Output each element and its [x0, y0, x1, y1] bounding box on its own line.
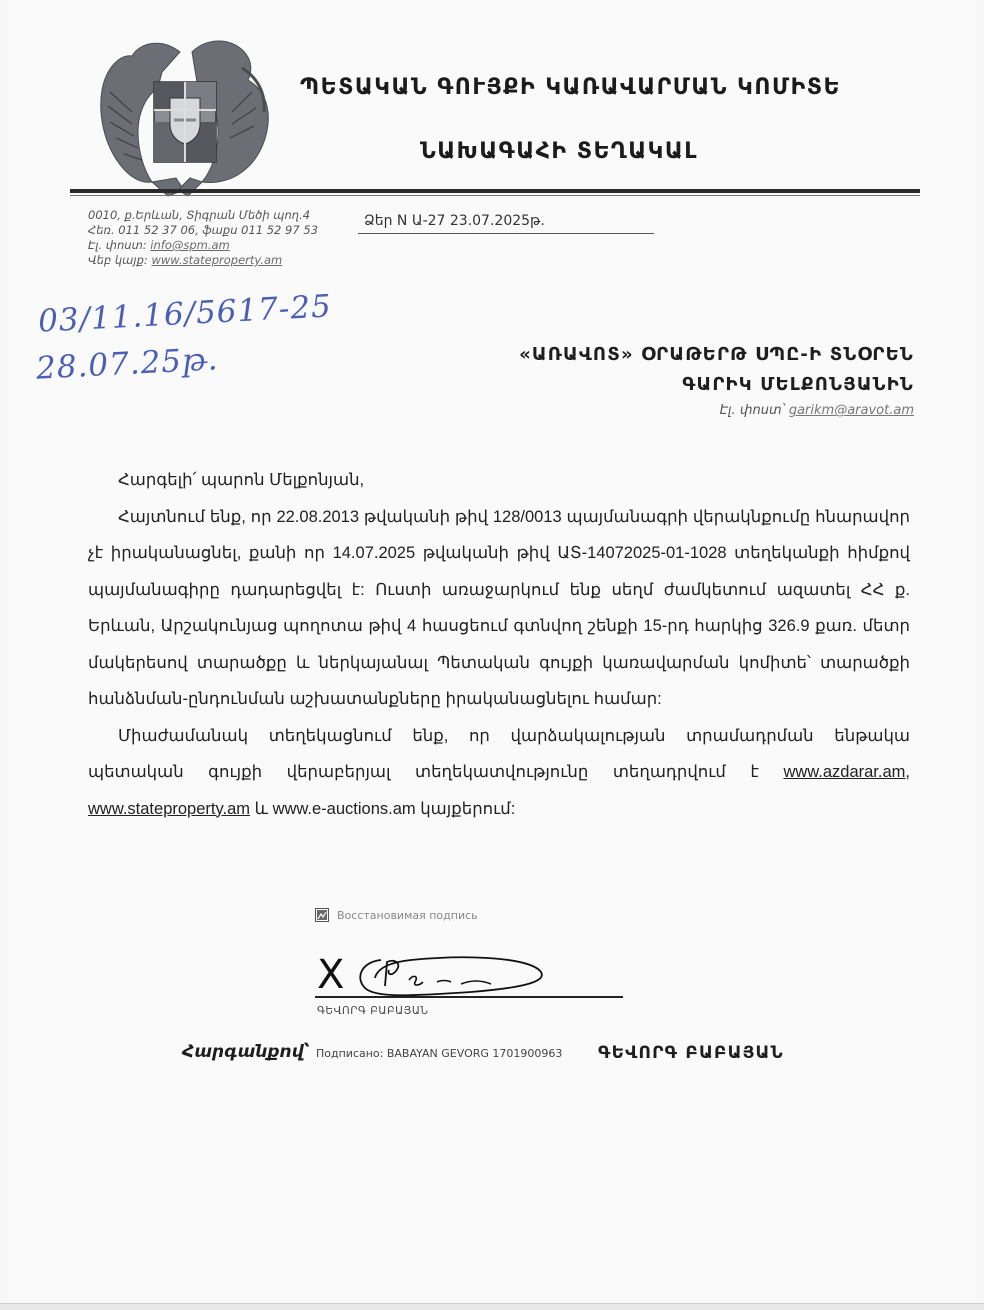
sender-phone-fax: Հեռ. 011 52 37 06, ֆաքս 011 52 97 53 — [88, 223, 318, 238]
organization-title: ՊԵՏԱԿԱՆ ԳՈՒՅՔԻ ԿԱՌԱՎԱՐՄԱՆ ԿՈՄԻՏԵ — [300, 75, 841, 100]
signature-mark: X — [317, 952, 344, 998]
signed-by-stamp: Подписано: BABAYAN GEVORG 1701900963 — [316, 1047, 562, 1060]
greeting: Հարգելի՛ պարոն Մելքոնյան, — [88, 462, 910, 499]
closing-phrase: Հարգանքով՝ — [182, 1042, 310, 1062]
position-title: ՆԱԽԱԳԱՀԻ ՏԵՂԱԿԱԼ — [420, 139, 698, 164]
recipient-name: ԳԱՐԻԿ ՄԵԼՔՈՆՅԱՆԻՆ — [519, 370, 914, 400]
signature-line — [315, 996, 623, 998]
sender-address: 0010, ք.Երևան, Տիգրան Մեծի պող.4 — [88, 208, 318, 223]
signature-caption-row: Восстановимая подпись — [315, 908, 625, 922]
signature-printed-name: ԳԵՎՈՐԳ ԲԱԲԱՅԱՆ — [317, 1005, 429, 1017]
website-label: Վեբ կայք: — [88, 253, 148, 267]
reference-number: Ձեր N Ա-27 23.07.2025թ. — [364, 213, 545, 229]
letterhead-divider — [70, 189, 920, 193]
recipient-email-row: Էլ. փոստ՝ garikm@aravot.am — [519, 400, 914, 422]
paragraph-2-suffix: կայքերում: — [416, 800, 516, 818]
recipient-email-label: Էլ. փոստ՝ — [720, 403, 785, 418]
signature-image-icon — [315, 908, 329, 922]
recipient-email-link[interactable]: garikm@aravot.am — [789, 403, 914, 418]
sender-website-link[interactable]: www.stateproperty.am — [151, 253, 282, 267]
body-paragraph-2: Միաժամանակ տեղեկացնում ենք, որ վարձակալո… — [88, 718, 910, 828]
body-paragraph-1: Հայտնում ենք, որ 22.08.2013 թվականի թիվ … — [88, 499, 910, 718]
signature-caption: Восстановимая подпись — [337, 909, 478, 922]
recipient-organization: «ԱՌԱՎՈՏ» ՕՐԱԹԵՐԹ ՍՊԸ-Ի ՏՆՕՐԵՆ — [519, 340, 914, 370]
recipient-block: «ԱՌԱՎՈՏ» ՕՐԱԹԵՐԹ ՍՊԸ-Ի ՏՆՕՐԵՆ ԳԱՐԻԿ ՄԵԼՔ… — [519, 340, 914, 422]
e-auctions-text: www.e-auctions.am — [273, 800, 416, 818]
azdarar-link[interactable]: www.azdarar.am — [783, 763, 905, 781]
coat-of-arms-emblem-icon — [92, 32, 278, 200]
letterhead-divider-thin — [70, 195, 920, 196]
digital-signature-block: Восстановимая подпись X ԳԵՎՈՐԳ ԲԱԲԱՅԱՆ — [315, 908, 625, 922]
page-bottom-edge — [0, 1303, 984, 1310]
separator: և — [250, 800, 273, 818]
email-label: Էլ. փոստ: — [88, 238, 147, 252]
reference-underline — [358, 233, 654, 234]
signer-name: ԳԵՎՈՐԳ ԲԱԲԱՅԱՆ — [598, 1043, 784, 1063]
sender-website-row: Վեբ կայք: www.stateproperty.am — [88, 253, 318, 268]
letter-body: Հարգելի՛ պարոն Մելքոնյան, Հայտնում ենք, … — [88, 462, 910, 827]
separator: , — [905, 763, 910, 781]
sender-contact-block: 0010, ք.Երևան, Տիգրան Մեծի պող.4 Հեռ. 01… — [88, 208, 318, 268]
sender-email-row: Էլ. փոստ: info@spm.am — [88, 238, 318, 253]
stateproperty-link[interactable]: www.stateproperty.am — [88, 800, 250, 818]
sender-email-link[interactable]: info@spm.am — [150, 238, 229, 252]
